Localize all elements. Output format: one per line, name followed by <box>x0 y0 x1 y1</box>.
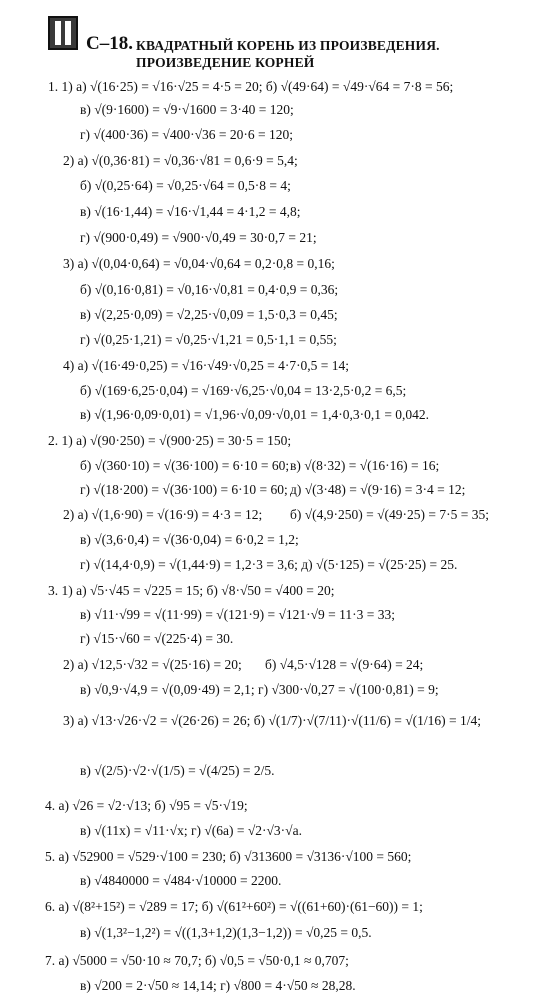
solution-line: 2. 1) а) √(90·250) = √(900·25) = 30·5 = … <box>48 432 291 450</box>
solution-line: б) √(169·6,25·0,04) = √169·√6,25·√0,04 =… <box>80 382 406 400</box>
solution-line: 1. 1) а) √(16·25) = √16·√25 = 4·5 = 20; … <box>48 78 453 96</box>
solution-line: в) √(2/5)·√2·√(1/5) = √(4/25) = 2/5. <box>80 762 274 780</box>
solution-line: 6. а) √(8²+15²) = √289 = 17; б) √(61²+60… <box>45 898 423 916</box>
solution-line: в) √4840000 = √484·√10000 = 2200. <box>80 872 281 890</box>
solution-line: б) √(4,9·250) = √(49·25) = 7·5 = 35; <box>290 506 489 524</box>
section-title-line1: КВАДРАТНЫЙ КОРЕНЬ ИЗ ПРОИЗВЕДЕНИЯ. <box>136 37 440 54</box>
solution-line: г) √15·√60 = √(225·4) = 30. <box>80 630 233 648</box>
solution-line: 3. 1) а) √5·√45 = √225 = 15; б) √8·√50 =… <box>48 582 335 600</box>
solution-line: 4) а) √(16·49·0,25) = √16·√49·√0,25 = 4·… <box>63 357 349 375</box>
solution-line: в) √(16·1,44) = √16·√1,44 = 4·1,2 = 4,8; <box>80 203 301 221</box>
solution-line: 2) а) √(1,6·90) = √(16·9) = 4·3 = 12; <box>63 506 262 524</box>
solution-line: 3) а) √(0,04·0,64) = √0,04·√0,64 = 0,2·0… <box>63 255 335 273</box>
badge-bar <box>65 21 71 45</box>
section-title: КВАДРАТНЫЙ КОРЕНЬ ИЗ ПРОИЗВЕДЕНИЯ. ПРОИЗ… <box>136 37 440 71</box>
solution-line: 2) а) √(0,36·81) = √0,36·√81 = 0,6·9 = 5… <box>63 152 298 170</box>
solution-line: в) √(11x) = √11·√x; г) √(6a) = √2·√3·√a. <box>80 822 302 840</box>
solution-line: в) √11·√99 = √(11·99) = √(121·9) = √121·… <box>80 606 395 624</box>
solution-line: г) √(0,25·1,21) = √0,25·√1,21 = 0,5·1,1 … <box>80 331 337 349</box>
solution-line: г) √(14,4·0,9) = √(1,44·9) = 1,2·3 = 3,6… <box>80 556 457 574</box>
solution-line: г) √(18·200) = √(36·100) = 6·10 = 60; <box>80 481 288 499</box>
solution-line: в) √(9·1600) = √9·√1600 = 3·40 = 120; <box>80 101 294 119</box>
solution-line: в) √200 = 2·√50 ≈ 14,14; г) √800 = 4·√50… <box>80 977 356 995</box>
section-badge-icon <box>48 16 78 50</box>
solution-line: в) √(8·32) = √(16·16) = 16; <box>290 457 439 475</box>
solution-line: б) √(0,25·64) = √0,25·√64 = 0,5·8 = 4; <box>80 177 291 195</box>
solution-line: б) √(360·10) = √(36·100) = 6·10 = 60; <box>80 457 289 475</box>
solution-line: в) √(3,6·0,4) = √(36·0,04) = 6·0,2 = 1,2… <box>80 531 299 549</box>
solution-line: 3) а) √13·√26·√2 = √(26·26) = 26; б) √(1… <box>63 712 481 730</box>
solution-line: 5. а) √52900 = √529·√100 = 230; б) √3136… <box>45 848 411 866</box>
solution-line: г) √(900·0,49) = √900·√0,49 = 30·0,7 = 2… <box>80 229 317 247</box>
solution-line: в) √0,9·√4,9 = √(0,09·49) = 2,1; г) √300… <box>80 681 439 699</box>
solution-line: г) √(400·36) = √400·√36 = 20·6 = 120; <box>80 126 293 144</box>
section-code: С–18. <box>86 33 133 55</box>
solution-line: 7. а) √5000 = √50·10 ≈ 70,7; б) √0,5 = √… <box>45 952 349 970</box>
solution-line: в) √(1,3²−1,2²) = √((1,3+1,2)(1,3−1,2)) … <box>80 924 372 942</box>
badge-bar <box>55 21 61 45</box>
solution-line: 2) а) √12,5·√32 = √(25·16) = 20; <box>63 656 242 674</box>
section-title-line2: ПРОИЗВЕДЕНИЕ КОРНЕЙ <box>136 54 440 71</box>
solution-line: в) √(2,25·0,09) = √2,25·√0,09 = 1,5·0,3 … <box>80 306 338 324</box>
solution-line: д) √(3·48) = √(9·16) = 3·4 = 12; <box>290 481 465 499</box>
solution-line: б) √4,5·√128 = √(9·64) = 24; <box>265 656 423 674</box>
solution-line: 4. а) √26 = √2·√13; б) √95 = √5·√19; <box>45 797 248 815</box>
solution-line: в) √(1,96·0,09·0,01) = √1,96·√0,09·√0,01… <box>80 406 429 424</box>
solution-line: б) √(0,16·0,81) = √0,16·√0,81 = 0,4·0,9 … <box>80 281 338 299</box>
